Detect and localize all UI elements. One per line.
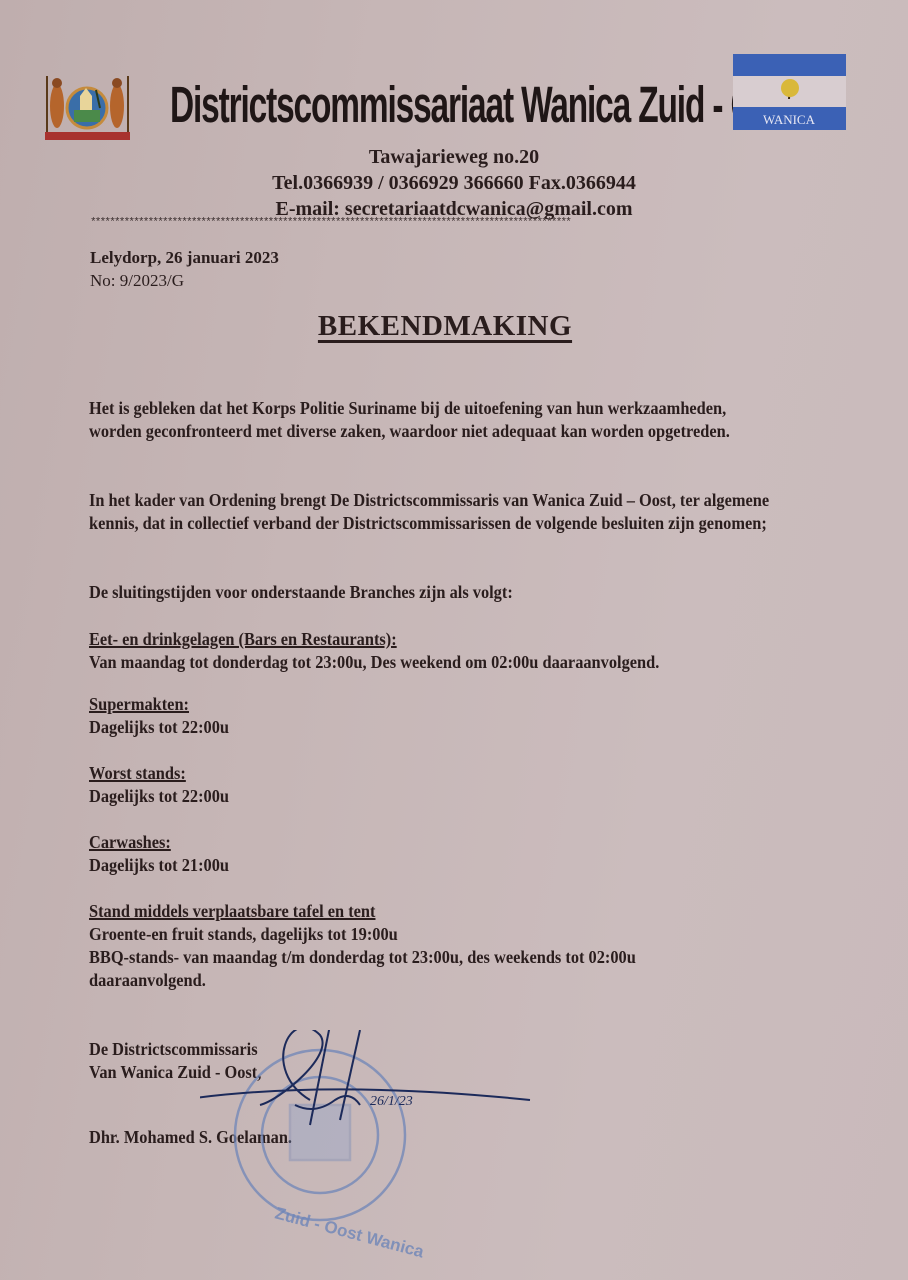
document-meta: Lelydorp, 26 januari 2023 No: 9/2023/G xyxy=(90,246,279,292)
wanica-flag-icon: WANICA xyxy=(733,54,846,130)
signatory-district: Van Wanica Zuid - Oost, xyxy=(89,1061,261,1084)
organization-title: Districtscommissariaat Wanica Zuid - Oos… xyxy=(170,72,694,141)
svg-text:WANICA: WANICA xyxy=(763,112,816,127)
phone-fax: Tel.0366939 / 0366929 366660 Fax.0366944 xyxy=(0,170,908,196)
signatory-name: Dhr. Mohamed S. Goelaman. xyxy=(89,1127,292,1148)
document-title: BEKENDMAKING xyxy=(0,310,890,343)
branch-hours: Van maandag tot donderdag tot 23:00u, De… xyxy=(89,651,659,674)
coat-of-arms-icon xyxy=(40,70,135,145)
document-page: Districtscommissariaat Wanica Zuid - Oos… xyxy=(0,0,908,1280)
branch-sausage-stands: Worst stands: Dagelijks tot 22:00u xyxy=(89,762,229,808)
branch-hours: Dagelijks tot 22:00u xyxy=(89,716,229,739)
branch-bars-restaurants: Eet- en drinkgelagen (Bars en Restaurant… xyxy=(89,628,659,674)
header-separator: ****************************************… xyxy=(90,217,800,229)
branch-hours: Groente-en fruit stands, dagelijks tot 1… xyxy=(89,923,636,946)
branch-heading: Supermakten: xyxy=(89,693,229,716)
branch-hours: Dagelijks tot 22:00u xyxy=(89,785,229,808)
paragraph-intro: Het is gebleken dat het Korps Politie Su… xyxy=(89,397,759,443)
svg-text:Zuid - Oost Wanica: Zuid - Oost Wanica xyxy=(273,1204,427,1262)
signature-block: De Districtscommissaris Van Wanica Zuid … xyxy=(89,1038,261,1084)
branch-supermarkets: Supermakten: Dagelijks tot 22:00u xyxy=(89,693,229,739)
branch-hours: Dagelijks tot 21:00u xyxy=(89,854,229,877)
paragraph-decision: In het kader van Ordening brengt De Dist… xyxy=(89,489,796,535)
signatory-title: De Districtscommissaris xyxy=(89,1038,261,1061)
branch-mobile-stands: Stand middels verplaatsbare tafel en ten… xyxy=(89,900,636,992)
place-date: Lelydorp, 26 januari 2023 xyxy=(90,246,279,269)
branch-heading: Eet- en drinkgelagen (Bars en Restaurant… xyxy=(89,628,659,651)
branch-carwashes: Carwashes: Dagelijks tot 21:00u xyxy=(89,831,229,877)
branch-heading: Carwashes: xyxy=(89,831,229,854)
paragraph-closing-times: De sluitingstijden voor onderstaande Bra… xyxy=(89,581,759,604)
branch-heading: Stand middels verplaatsbare tafel en ten… xyxy=(89,900,636,923)
branch-heading: Worst stands: xyxy=(89,762,229,785)
address: Tawajarieweg no.20 xyxy=(0,144,908,170)
branch-hours: daaraanvolgend. xyxy=(89,969,636,992)
svg-text:26/1/23: 26/1/23 xyxy=(370,1094,413,1109)
reference-number: No: 9/2023/G xyxy=(90,269,279,292)
branch-hours: BBQ-stands- van maandag t/m donderdag to… xyxy=(89,946,636,969)
